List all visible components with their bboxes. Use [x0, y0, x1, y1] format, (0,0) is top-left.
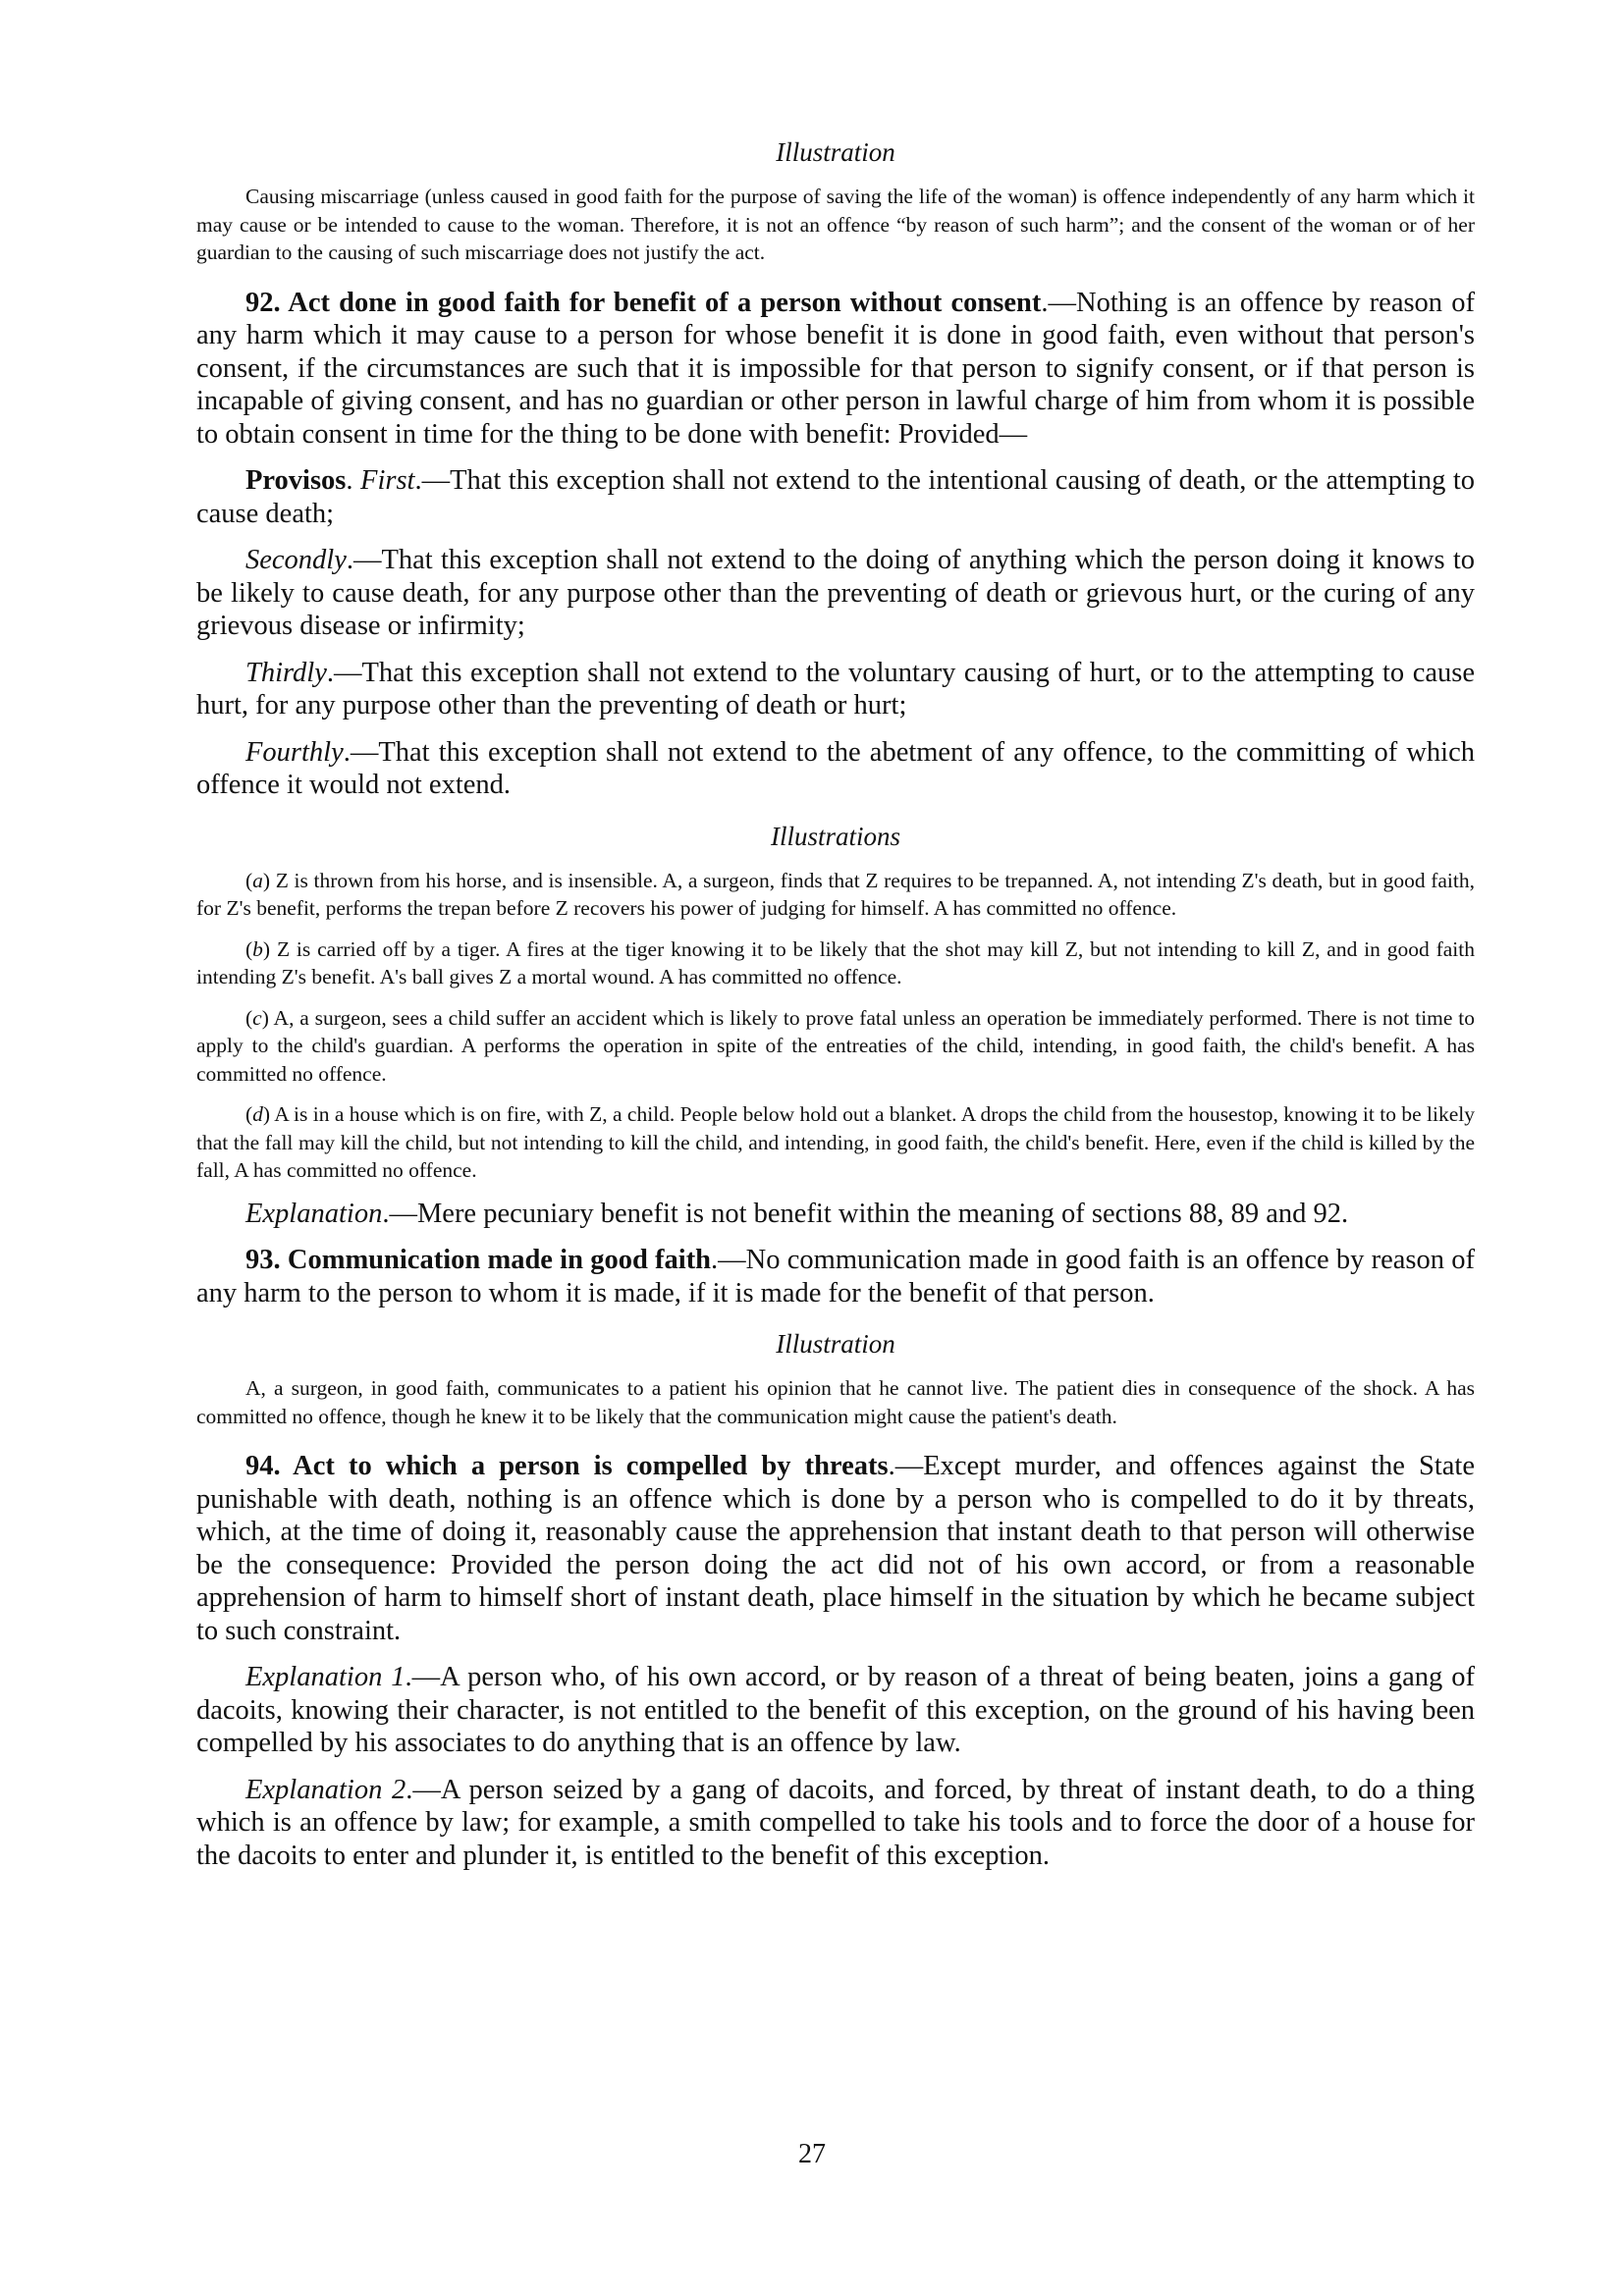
illustration-heading: Illustration — [196, 1327, 1475, 1361]
illustration-d: (d) A is in a house which is on fire, wi… — [196, 1100, 1475, 1185]
illustration-c: (c) A, a surgeon, sees a child suffer an… — [196, 1004, 1475, 1089]
proviso-secondly: Secondly.—That this exception shall not … — [196, 544, 1475, 643]
section-92: 92. Act done in good faith for benefit o… — [196, 287, 1475, 452]
proviso-secondly-text: That this exception shall not extend to … — [196, 545, 1475, 641]
proviso-first: Provisos. First.—That this exception sha… — [196, 464, 1475, 530]
proviso-fourthly: Fourthly.—That this exception shall not … — [196, 736, 1475, 802]
illustration-letter: a — [252, 869, 263, 892]
explanation-1: Explanation 1.—A person who, of his own … — [196, 1661, 1475, 1760]
em-dash: .— — [327, 658, 362, 688]
document-page: Illustration Causing miscarriage (unless… — [196, 135, 1475, 1886]
em-dash: .— — [889, 1451, 924, 1481]
page-number: 27 — [0, 2139, 1624, 2170]
illustration-b: (b) Z is carried off by a tiger. A fires… — [196, 935, 1475, 991]
proviso-fourthly-text: That this exception shall not extend to … — [196, 737, 1475, 801]
section-94-title: 94. Act to which a person is compelled b… — [245, 1451, 889, 1481]
separator: . — [346, 465, 360, 496]
provisos-label: Provisos — [245, 465, 346, 496]
explanation-text: Mere pecuniary benefit is not benefit wi… — [417, 1199, 1348, 1229]
illustration-heading: Illustration — [196, 135, 1475, 169]
proviso-thirdly: Thirdly.—That this exception shall not e… — [196, 657, 1475, 722]
proviso-first-label: First — [360, 465, 414, 496]
explanation-92: Explanation.—Mere pecuniary benefit is n… — [196, 1198, 1475, 1231]
explanation-2: Explanation 2.—A person seized by a gang… — [196, 1774, 1475, 1873]
illustration-a-text: Z is thrown from his horse, and is insen… — [196, 869, 1475, 921]
section-93-title: 93. Communication made in good faith — [245, 1245, 711, 1275]
explanation-1-label: Explanation 1 — [245, 1662, 406, 1692]
illustration-text: Causing miscarriage (unless caused in go… — [196, 183, 1475, 267]
illustration-letter: d — [252, 1102, 263, 1126]
em-dash: .— — [711, 1245, 746, 1275]
explanation-2-label: Explanation 2 — [245, 1775, 406, 1805]
illustration-d-text: A is in a house which is on fire, with Z… — [196, 1102, 1475, 1182]
illustration-letter: b — [252, 937, 263, 961]
explanation-label: Explanation — [245, 1199, 382, 1229]
em-dash: .— — [344, 737, 379, 768]
illustration-letter: c — [252, 1006, 262, 1030]
proviso-fourthly-label: Fourthly — [245, 737, 344, 768]
proviso-thirdly-label: Thirdly — [245, 658, 327, 688]
em-dash: .— — [382, 1199, 417, 1229]
em-dash: .— — [1041, 288, 1076, 318]
em-dash: .— — [406, 1662, 441, 1692]
em-dash: .— — [406, 1775, 441, 1805]
illustration-b-text: Z is carried off by a tiger. A fires at … — [196, 937, 1475, 989]
em-dash: .— — [347, 545, 382, 575]
illustration-a: (a) Z is thrown from his horse, and is i… — [196, 867, 1475, 923]
proviso-thirdly-text: That this exception shall not extend to … — [196, 658, 1475, 721]
section-93: 93. Communication made in good faith.—No… — [196, 1244, 1475, 1309]
illustration-93-text: A, a surgeon, in good faith, communicate… — [196, 1374, 1475, 1430]
section-94: 94. Act to which a person is compelled b… — [196, 1450, 1475, 1647]
em-dash: .— — [414, 465, 450, 496]
section-92-title: 92. Act done in good faith for benefit o… — [245, 288, 1041, 318]
illustrations-heading: Illustrations — [196, 820, 1475, 853]
illustration-c-text: A, a surgeon, sees a child suffer an acc… — [196, 1006, 1475, 1086]
proviso-secondly-label: Secondly — [245, 545, 347, 575]
